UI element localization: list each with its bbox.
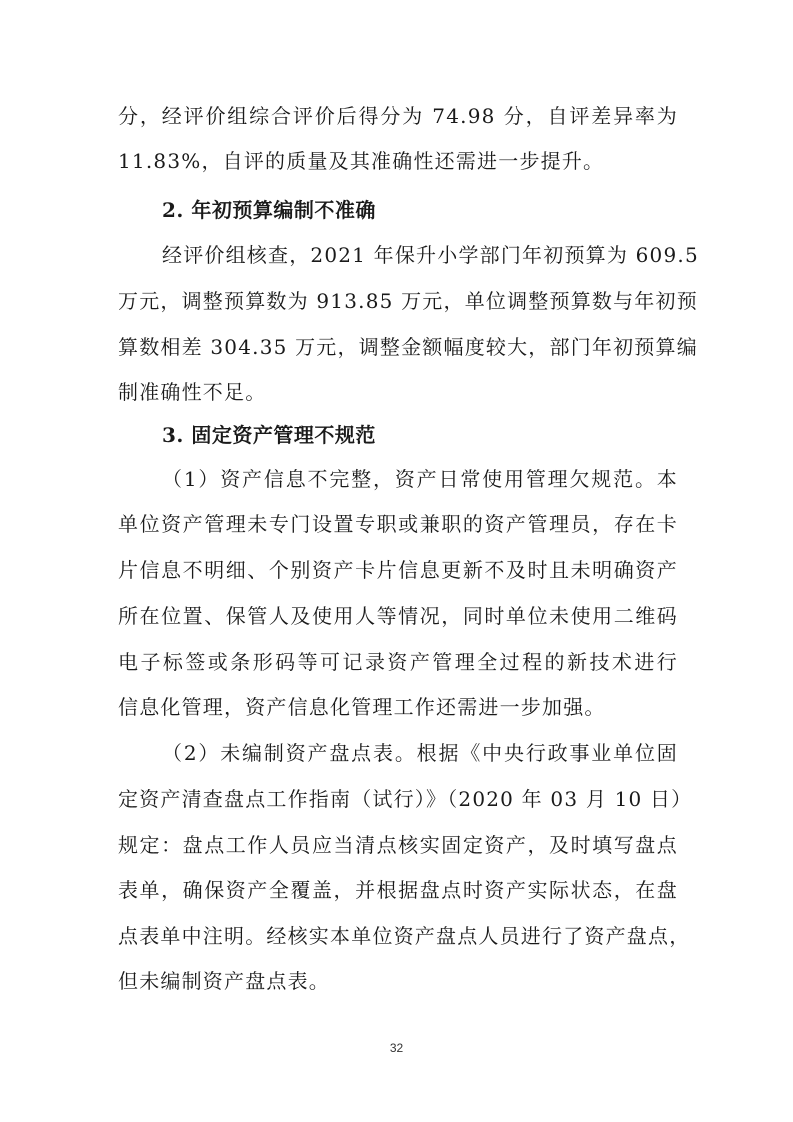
text-line: （2）未编制资产盘点表。根据《中央行政事业单位固 xyxy=(162,741,678,765)
text-line: 表单，确保资产全覆盖，并根据盘点时资产实际状态，在盘 xyxy=(118,878,678,902)
section-heading: 3. 固定资产管理不规范 xyxy=(162,423,678,447)
text-line: 万元，调整预算数为 913.85 万元，单位调整预算数与年初预 xyxy=(118,289,678,313)
text-line: 11.83%，自评的质量及其准确性还需进一步提升。 xyxy=(118,149,678,173)
text-line: 定资产清查盘点工作指南（试行）》（2020 年 03 月 10 日） xyxy=(118,787,678,811)
text-line: 点表单中注明。经核实本单位资产盘点人员进行了资产盘点， xyxy=(118,924,678,948)
text-line: 算数相差 304.35 万元，调整金额幅度较大，部门年初预算编 xyxy=(118,335,678,359)
text-line: （1）资产信息不完整，资产日常使用管理欠规范。本 xyxy=(162,467,678,491)
text-line: 分，经评价组综合评价后得分为 74.98 分，自评差异率为 xyxy=(118,104,678,128)
text-line: 片信息不明细、个别资产卡片信息更新不及时且未明确资产 xyxy=(118,558,678,582)
text-line: 电子标签或条形码等可记录资产管理全过程的新技术进行 xyxy=(118,650,678,674)
document-page: 分，经评价组综合评价后得分为 74.98 分，自评差异率为11.83%，自评的质… xyxy=(0,0,793,1122)
section-heading: 2. 年初预算编制不准确 xyxy=(162,198,678,222)
text-line: 规定：盘点工作人员应当清点核实固定资产，及时填写盘点 xyxy=(118,833,678,857)
text-line: 但未编制资产盘点表。 xyxy=(118,969,678,993)
text-line: 制准确性不足。 xyxy=(118,380,678,404)
page-number: 32 xyxy=(0,1041,793,1055)
text-line: 所在位置、保管人及使用人等情况，同时单位未使用二维码 xyxy=(118,604,678,628)
text-line: 经评价组核查，2021 年保升小学部门年初预算为 609.5 xyxy=(162,243,678,267)
text-line: 单位资产管理未专门设置专职或兼职的资产管理员，存在卡 xyxy=(118,512,678,536)
text-line: 信息化管理，资产信息化管理工作还需进一步加强。 xyxy=(118,695,678,719)
